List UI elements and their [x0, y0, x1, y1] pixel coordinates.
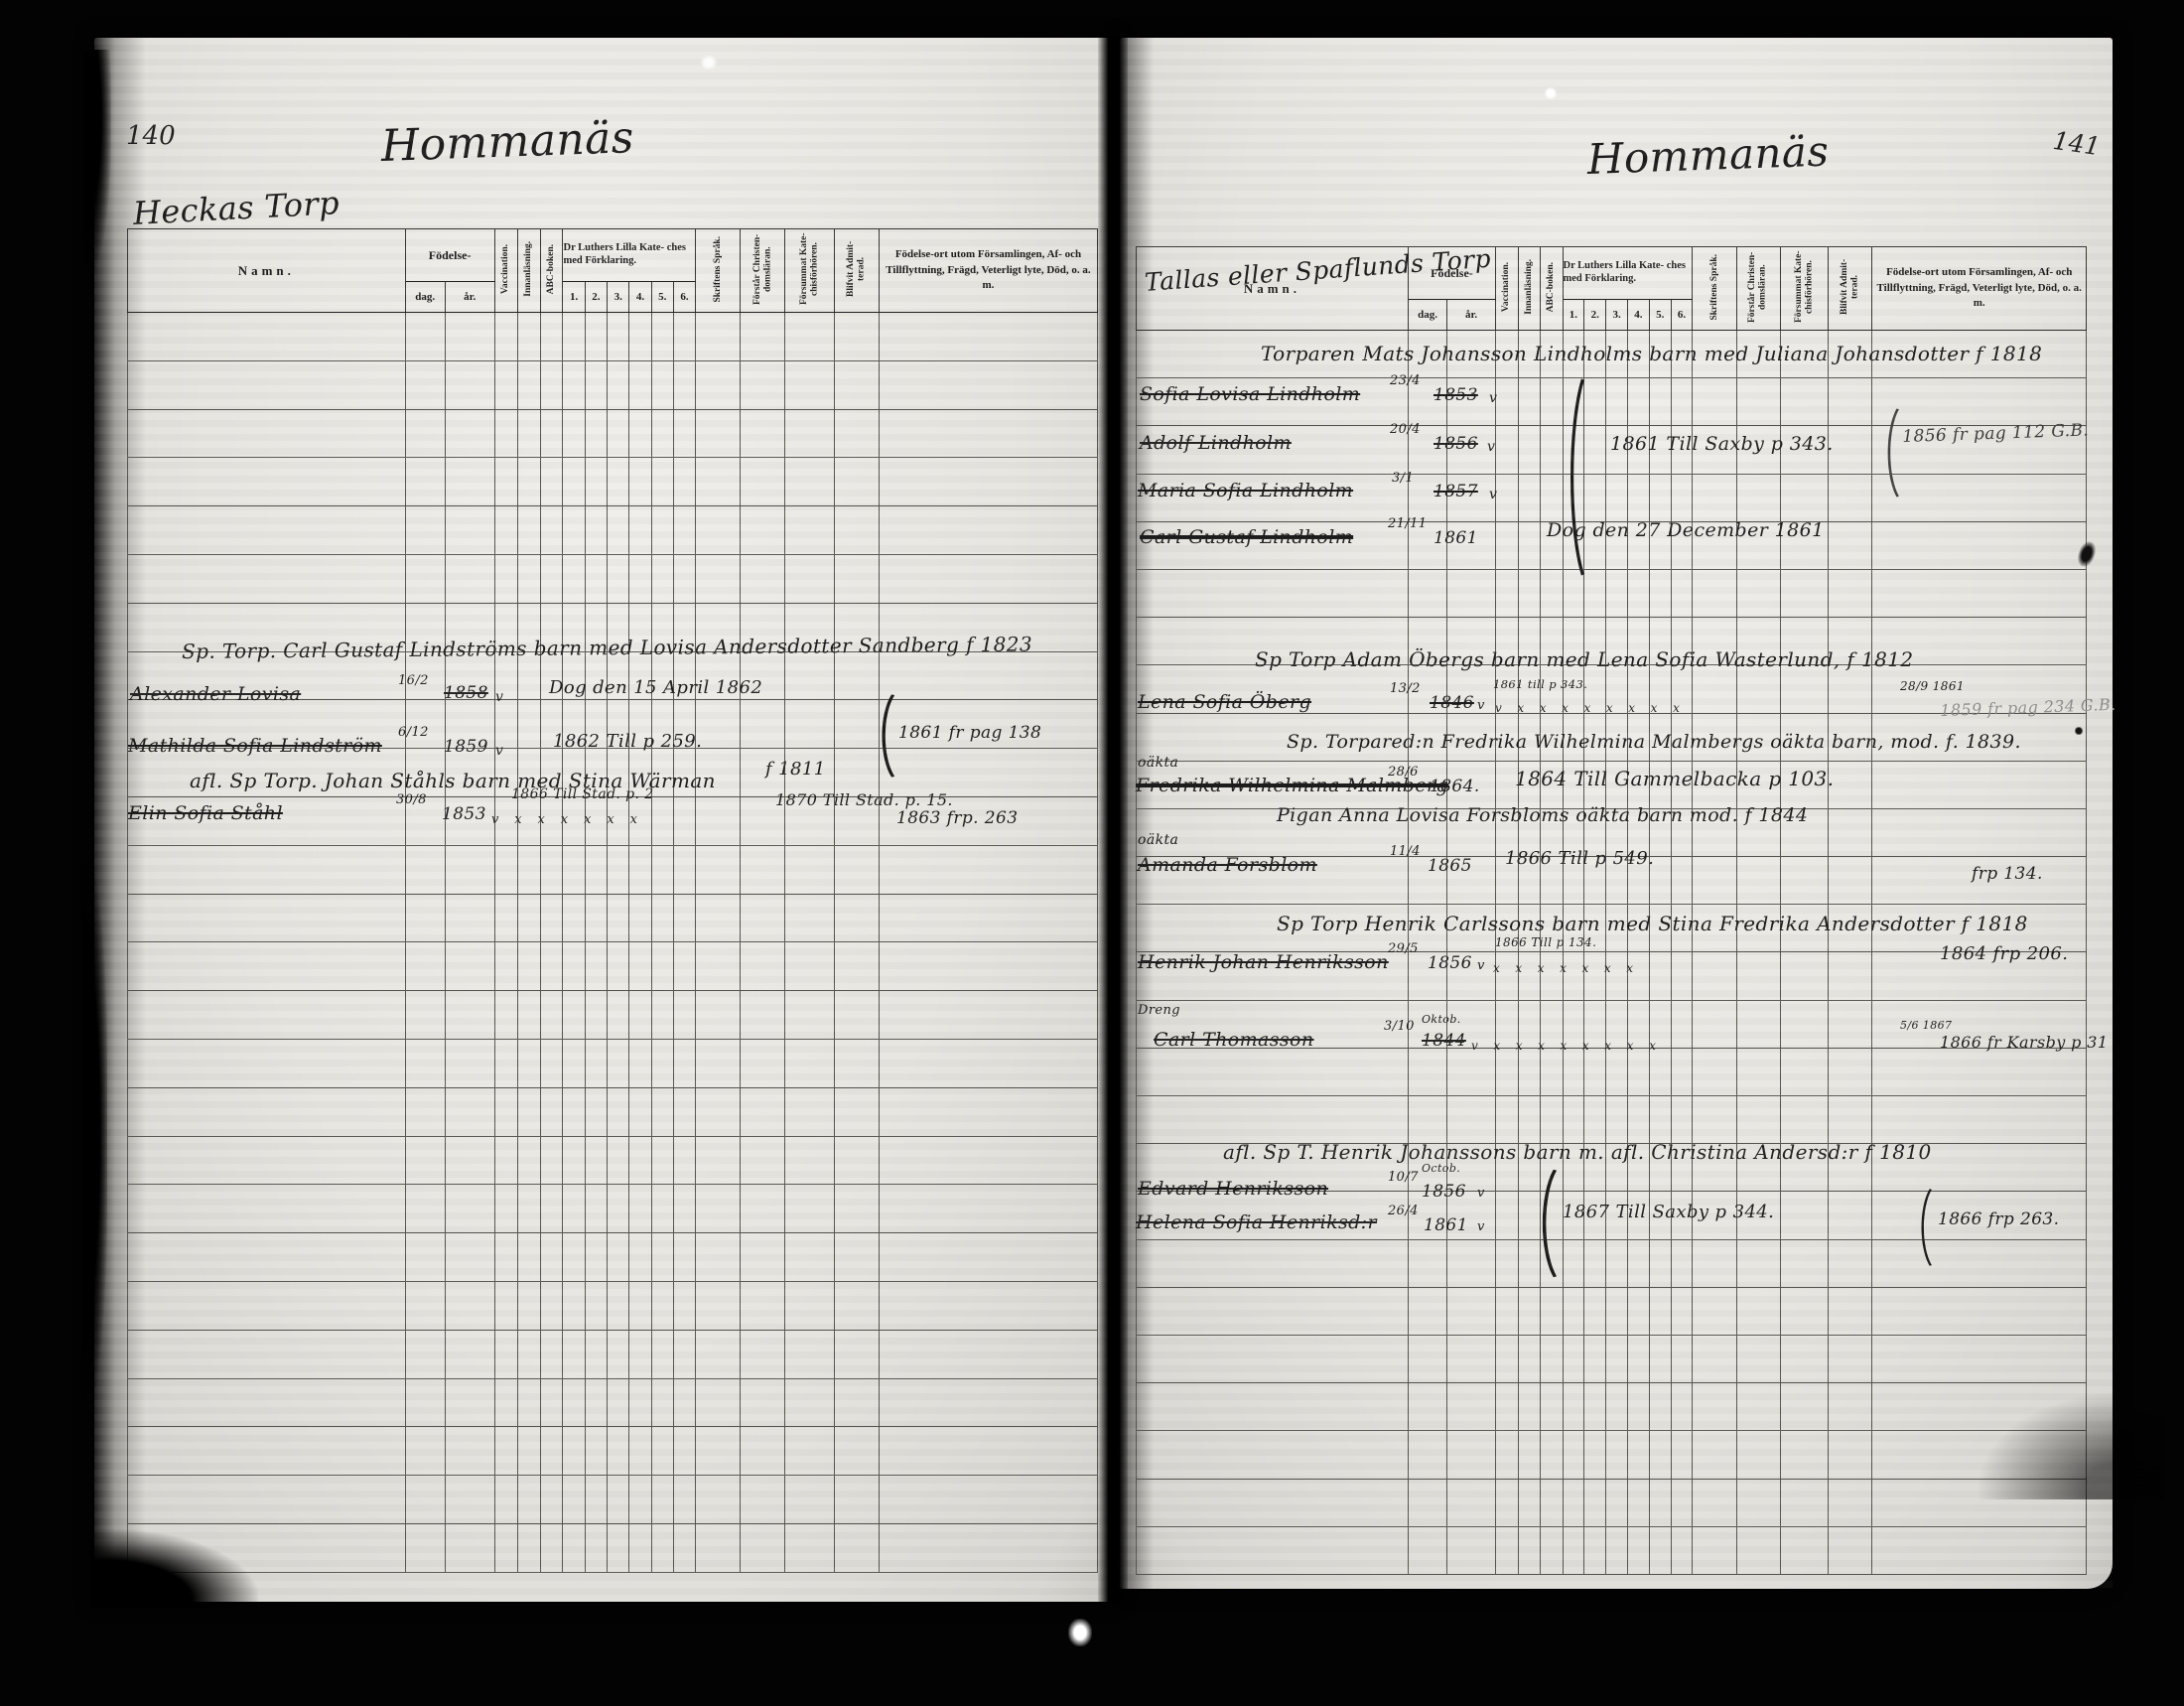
kateches-col-1: 1. [1563, 300, 1584, 331]
birth-day: 23/4 [1390, 373, 1421, 388]
birth-day: 26/4 [1388, 1204, 1419, 1218]
family-header: Pigan Anna Lovisa Forsbloms oäkta barn m… [1277, 804, 1808, 826]
family-header: Sp Torp Henrik Carlssons barn med Stina … [1277, 912, 2028, 935]
remark: 1863 frp. 263 [896, 808, 1018, 828]
occupation-note: Dreng [1138, 1003, 1180, 1018]
birth-year: 1856 [1428, 953, 1472, 973]
entry-name: Amanda Forsblom [1138, 854, 1317, 876]
page-title-left: Hommanäs [380, 112, 635, 172]
ink-brace [1886, 407, 1899, 498]
moved-note: 1862 Till p 259. [553, 731, 702, 752]
moved-note-small: 1866 Till p 134. [1495, 935, 1596, 949]
family-header: afl. Sp T. Henrik Johanssons barn m. afl… [1223, 1140, 1932, 1164]
page-number-right: 141 [2051, 126, 2102, 161]
examination-table-left: Namn. Födelse- Vaccination. Innanläsning… [127, 228, 1098, 1573]
birth-year: 1853 [442, 804, 486, 824]
family-header: Sp Torp Adam Öbergs barn med Lena Sofia … [1255, 647, 1913, 671]
oakta-note: oäkta [1138, 832, 1178, 848]
col-header-remarks: Födelse-ort utom Församlingen, Af- och T… [1872, 247, 2087, 331]
col-header-kateches: Dr Luthers Lilla Kate- ches med Förklari… [563, 229, 696, 282]
check-marks: v x x x x x x [491, 812, 637, 827]
dust-speck [1068, 1619, 1092, 1646]
mother-birth-year: f 1811 [765, 759, 826, 780]
kateches-col-4: 4. [629, 282, 651, 313]
birth-day: 21/11 [1388, 516, 1427, 531]
entry-name: Lena Sofia Öberg [1138, 691, 1311, 713]
vaccination-mark: v [1477, 698, 1485, 713]
birth-day: 3/1 [1392, 471, 1414, 486]
birth-month: Octob. [1422, 1162, 1460, 1175]
remark: frp 134. [1972, 864, 2043, 884]
birth-day: 11/4 [1390, 844, 1421, 859]
family-header: Torparen Mats Johansson Lindholms barn m… [1261, 342, 2042, 365]
col-header-forstar: Förstår Christen- domsläran. [1736, 247, 1780, 331]
moved-note-small: 1861 till p 343. [1493, 677, 1587, 691]
ink-brace [881, 693, 894, 779]
entry-name: Maria Sofia Lindholm [1138, 480, 1353, 501]
birth-year: 1861 [1433, 528, 1478, 548]
kateches-col-6: 6. [1671, 300, 1693, 331]
death-note: Dog den 27 December 1861 [1547, 519, 1825, 541]
entry-name: Elin Sofia Ståhl [128, 802, 283, 824]
birth-day: 29/5 [1388, 941, 1419, 956]
entry-name: Sofia Lovisa Lindholm [1140, 383, 1360, 405]
kateches-col-6: 6. [673, 282, 695, 313]
ink-brace [1541, 1168, 1557, 1279]
entry-name: Mathilda Sofia Lindström [128, 735, 382, 757]
birth-year: 1858 [444, 683, 488, 703]
remark: 1866 fr Karsby p 31 [1940, 1033, 2108, 1052]
birth-year: 1865 [1428, 856, 1472, 876]
book-scan: 140 Hommanäs Namn. Födelse- Vaccination.… [0, 0, 2184, 1706]
check-marks: v x x x x x x x x [1471, 1039, 1656, 1053]
moved-note: 1864 Till Gammelbacka p 103. [1515, 767, 1834, 790]
col-header-abc-boken: ABC-boken. [1541, 247, 1564, 331]
col-header-dag: dag. [405, 282, 445, 313]
birth-day: 16/2 [398, 673, 429, 688]
birth-day: 20/4 [1390, 422, 1421, 437]
vaccination-mark: v [495, 743, 503, 759]
ink-brace [1920, 1188, 1932, 1267]
remark: 1866 frp 263. [1938, 1209, 2059, 1229]
check-marks: x x x x x x x [1493, 961, 1633, 975]
kateches-col-5: 5. [651, 282, 673, 313]
vaccination-mark: v [495, 689, 503, 705]
col-header-innanlasning: Innanläsning. [1518, 247, 1541, 331]
vaccination-mark: v [1487, 439, 1495, 455]
birth-year: 1856 [1422, 1182, 1466, 1202]
oakta-note: oäkta [1138, 755, 1178, 771]
vaccination-mark: v [1489, 487, 1497, 502]
check-marks: v x x x x x x x x [1495, 701, 1680, 715]
birth-year: 1861 [1424, 1215, 1468, 1235]
entry-name: Henrik Johan Henriksson [1138, 951, 1389, 973]
remark: 1861 fr pag 138 [898, 723, 1041, 743]
kateches-col-3: 3. [1606, 300, 1628, 331]
kateches-col-5: 5. [1649, 300, 1671, 331]
birth-year: 1853 [1433, 385, 1478, 405]
birth-day: 28/6 [1388, 765, 1419, 780]
ink-brace [1569, 375, 1584, 579]
col-header-dag: dag. [1408, 300, 1446, 331]
col-header-forsummat: Försummat Kate- chisförhören. [1780, 247, 1829, 331]
col-header-ar: år. [1447, 300, 1496, 331]
page-title-right: Hommanäs [1586, 127, 1830, 184]
remark: 1864 frp 206. [1940, 943, 2068, 964]
birth-day: 30/8 [396, 792, 427, 807]
birth-day: 6/12 [398, 725, 429, 740]
vaccination-mark: v [1477, 958, 1485, 973]
vaccination-mark: v [1477, 1186, 1485, 1201]
entry-name: Helena Sofia Henriksd:r [1136, 1211, 1377, 1233]
col-header-blifvit-admitterad: Blifvit Admit- terad. [834, 229, 879, 313]
kateches-col-4: 4. [1627, 300, 1649, 331]
birth-year: 1859 [444, 737, 488, 757]
col-header-fodelse: Födelse- [405, 229, 494, 282]
vaccination-mark: v [1489, 390, 1497, 406]
entry-name: Adolf Lindholm [1140, 432, 1292, 454]
moved-note: 1866 Till Stad. p. 2 [511, 786, 654, 802]
birth-day: 13/2 [1390, 681, 1421, 696]
col-header-vaccination: Vaccination. [494, 229, 517, 313]
moved-note: 1866 Till p 549. [1505, 848, 1654, 869]
vaccination-mark: v [1477, 1219, 1485, 1234]
moved-note: 1867 Till Saxby p 344. [1563, 1202, 1774, 1222]
col-header-innanlasning: Innanläsning. [517, 229, 540, 313]
moved-note: 1861 Till Saxby p 343. [1610, 433, 1834, 455]
place-heading: Heckas Torp [132, 184, 341, 232]
col-header-blifvit-admitterad: Blifvit Admit- terad. [1829, 247, 1872, 331]
birth-day: 3/10 [1384, 1019, 1415, 1034]
entry-name: Edvard Henriksson [1138, 1178, 1328, 1200]
entry-name: Alexander Lovisa [130, 683, 301, 705]
col-header-forstar: Förstår Christen- domsläran. [741, 229, 785, 313]
kateches-col-1: 1. [563, 282, 585, 313]
remark: 1870 Till Stad. p. 15. [775, 790, 953, 809]
kateches-col-3: 3. [608, 282, 629, 313]
admitted-date: 5/6 1867 [1900, 1019, 1952, 1032]
birth-year: 1844 [1422, 1031, 1466, 1051]
birth-year: 1846 [1430, 693, 1474, 713]
birth-year: 1864. [1430, 777, 1480, 796]
birth-year: 1856 [1433, 434, 1478, 454]
family-header: Sp. Torpared:n Fredrika Wilhelmina Malmb… [1287, 731, 2021, 753]
admitted-date: 28/9 1861 [1900, 679, 1965, 693]
col-header-ar: år. [445, 282, 494, 313]
page-number-left: 140 [126, 121, 176, 151]
kateches-col-2: 2. [1584, 300, 1606, 331]
ledger-grid-left [128, 313, 1098, 1573]
entry-name: Carl Gustaf Lindholm [1140, 526, 1353, 548]
col-header-kateches: Dr Luthers Lilla Kate- ches med Förklari… [1563, 247, 1693, 300]
entry-name: Carl Thomasson [1154, 1029, 1314, 1051]
col-header-skriftens-sprak: Skriftens Språk. [1693, 247, 1736, 331]
col-header-forsummat: Försummat Kate- chisförhören. [785, 229, 835, 313]
birth-month: Oktob. [1422, 1013, 1461, 1026]
kateches-col-2: 2. [585, 282, 607, 313]
col-header-namn: Namn. [128, 229, 406, 313]
birth-year: 1857 [1433, 482, 1478, 501]
book-gutter [1098, 36, 1128, 1603]
death-note: Dog den 15 April 1862 [549, 677, 762, 698]
birth-day: 10/7 [1388, 1170, 1419, 1185]
col-header-vaccination: Vaccination. [1496, 247, 1519, 331]
col-header-abc-boken: ABC-boken. [540, 229, 563, 313]
page-right-141: 141 Hommanäs Namn. Födelse- Vaccination.… [1120, 38, 2113, 1589]
col-header-skriftens-sprak: Skriftens Språk. [696, 229, 741, 313]
col-header-remarks: Födelse-ort utom Församlingen, Af- och T… [879, 229, 1097, 313]
page-left-140: 140 Hommanäs Namn. Födelse- Vaccination.… [94, 38, 1117, 1602]
